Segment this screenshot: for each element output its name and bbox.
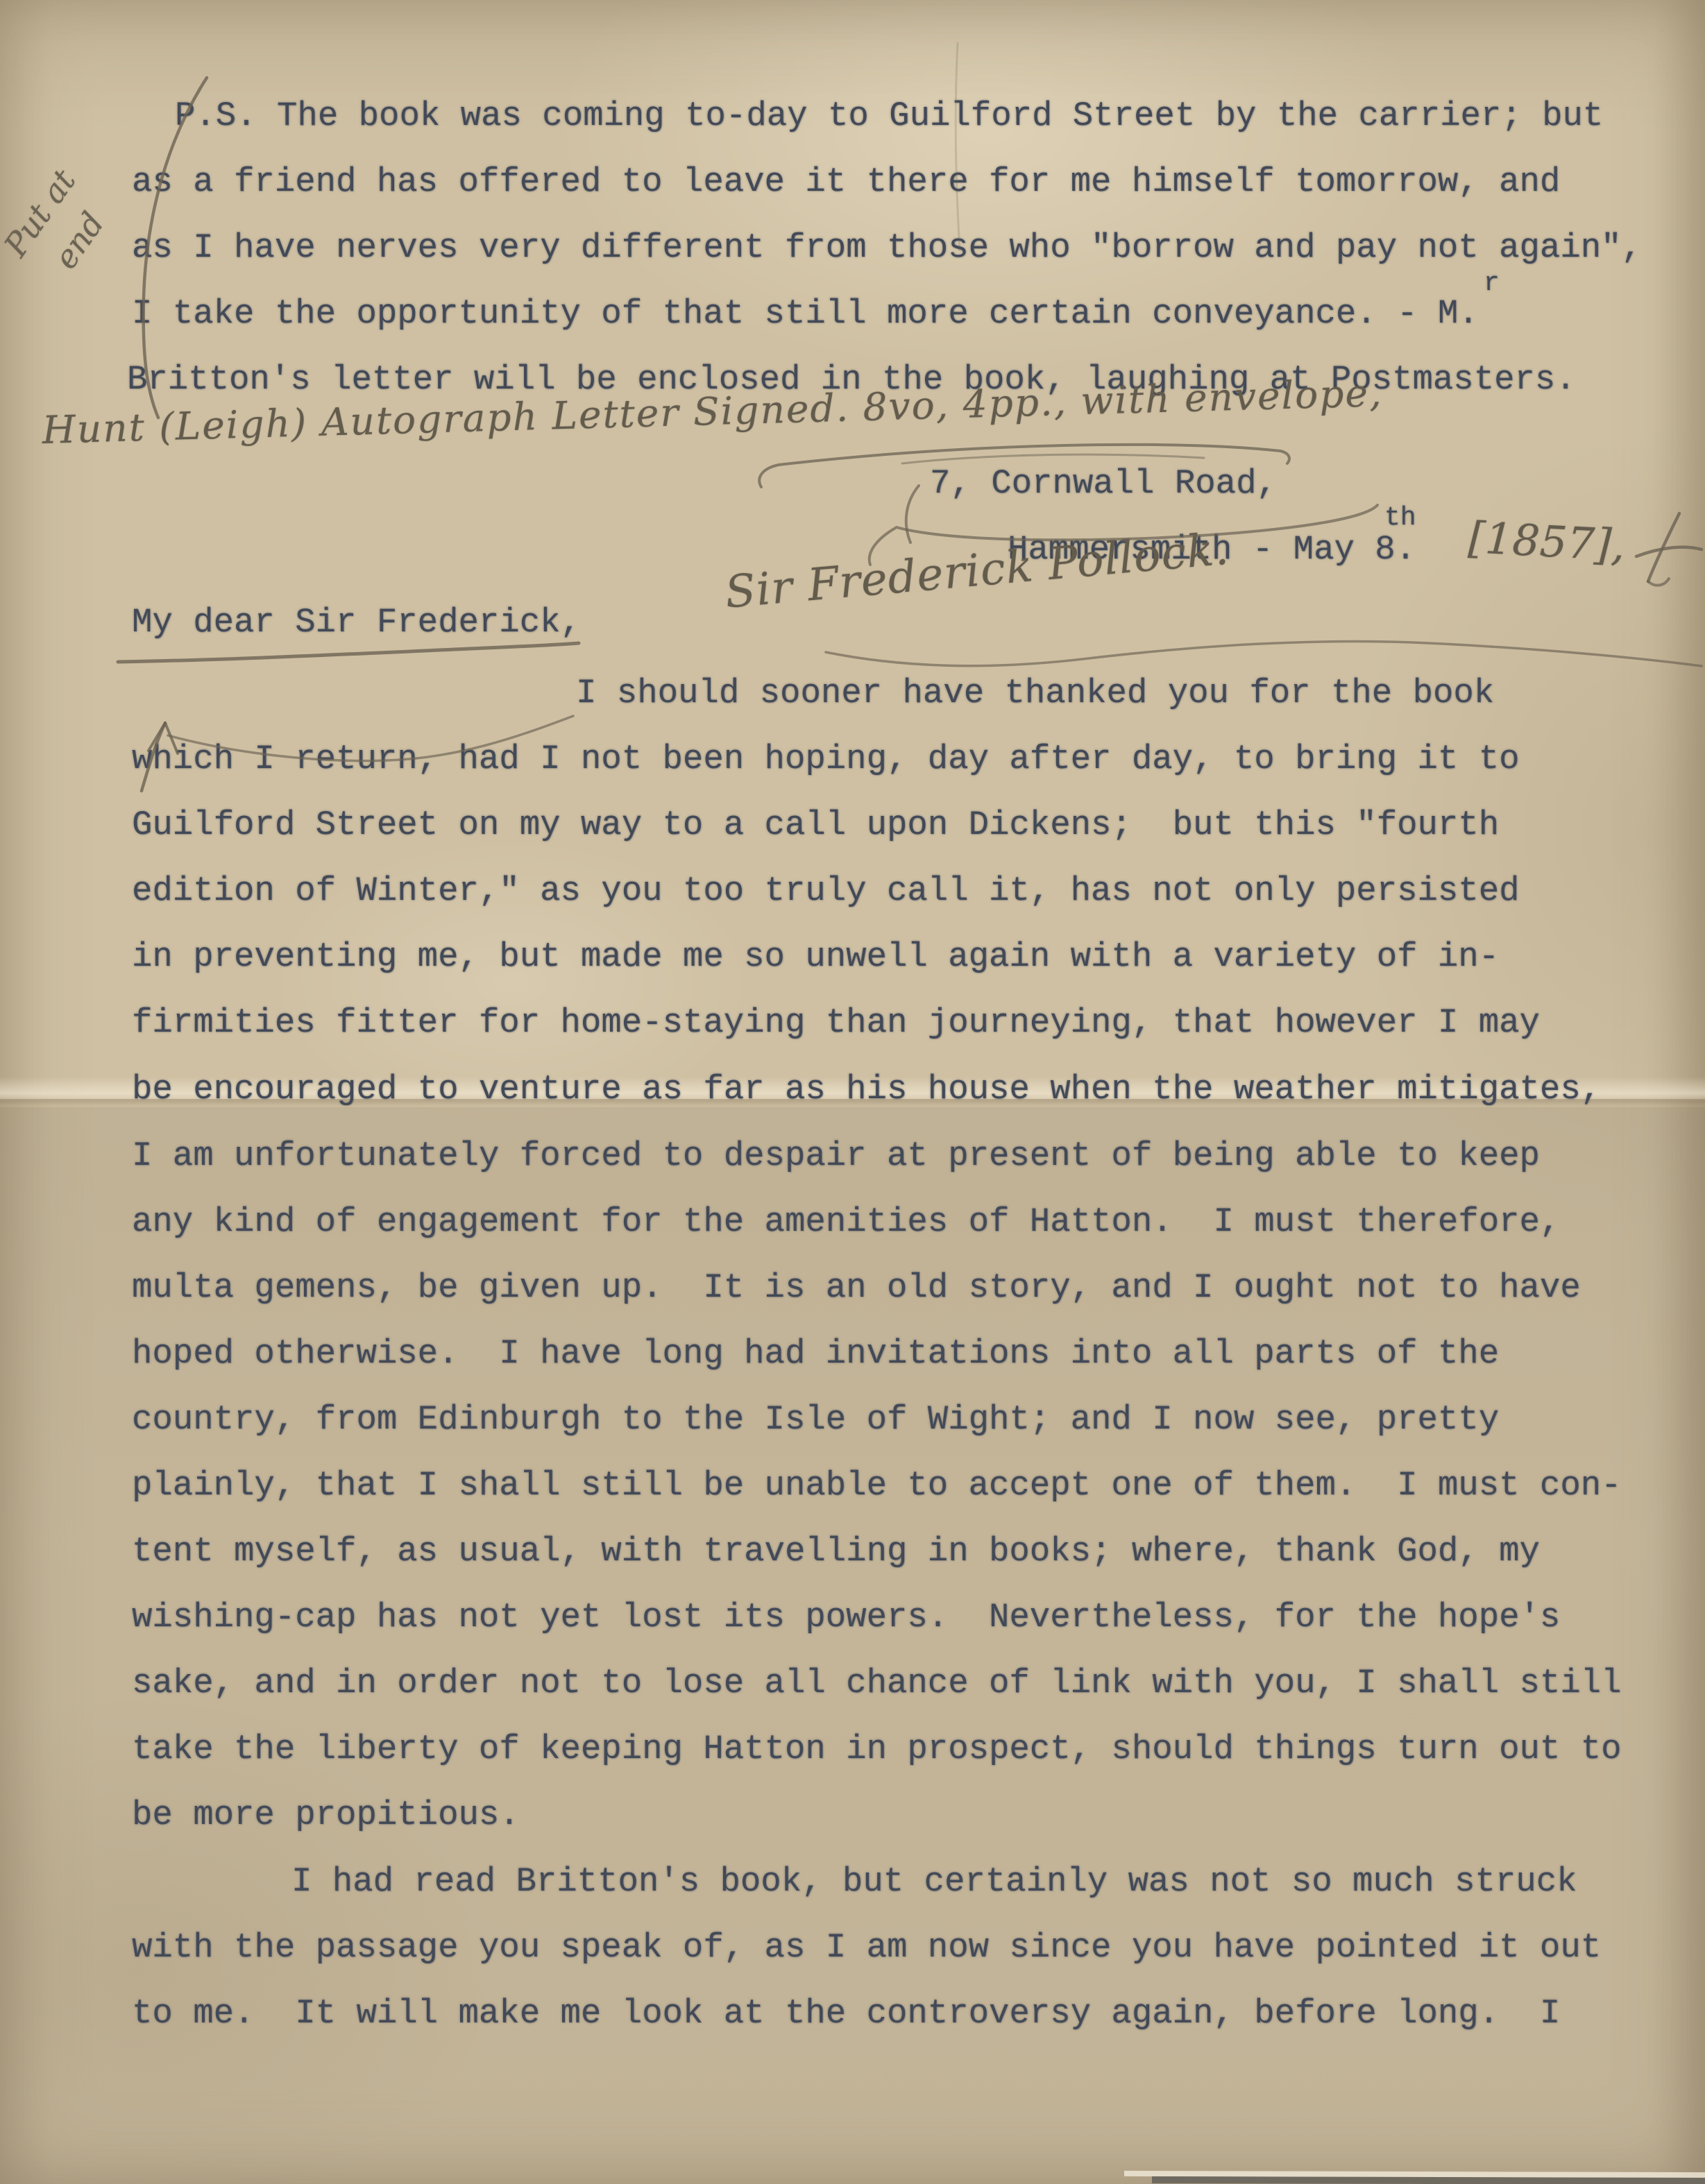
dealer-note-underline-echo xyxy=(902,454,1204,463)
insertion-line xyxy=(168,716,573,761)
dealer-note-underline-flourish xyxy=(759,445,1289,487)
year-flourish-tail xyxy=(1648,579,1669,586)
paper-crease-mark xyxy=(956,43,960,250)
scan-bottom-dark-edge xyxy=(1152,2176,1705,2184)
address-swoosh-mark xyxy=(870,505,1377,565)
caret-mark-shaft xyxy=(142,723,165,791)
ps-bracket-mark xyxy=(144,78,207,418)
address-paren-mark xyxy=(906,486,919,543)
year-flourish-cross xyxy=(1636,547,1702,556)
letter-scan: Put at end P.S. The book was coming to-d… xyxy=(0,0,1705,2184)
correction-underline-tail xyxy=(826,642,1702,666)
salutation-strikethrough-mark xyxy=(118,643,579,662)
pencil-marks-overlay xyxy=(0,0,1705,2184)
